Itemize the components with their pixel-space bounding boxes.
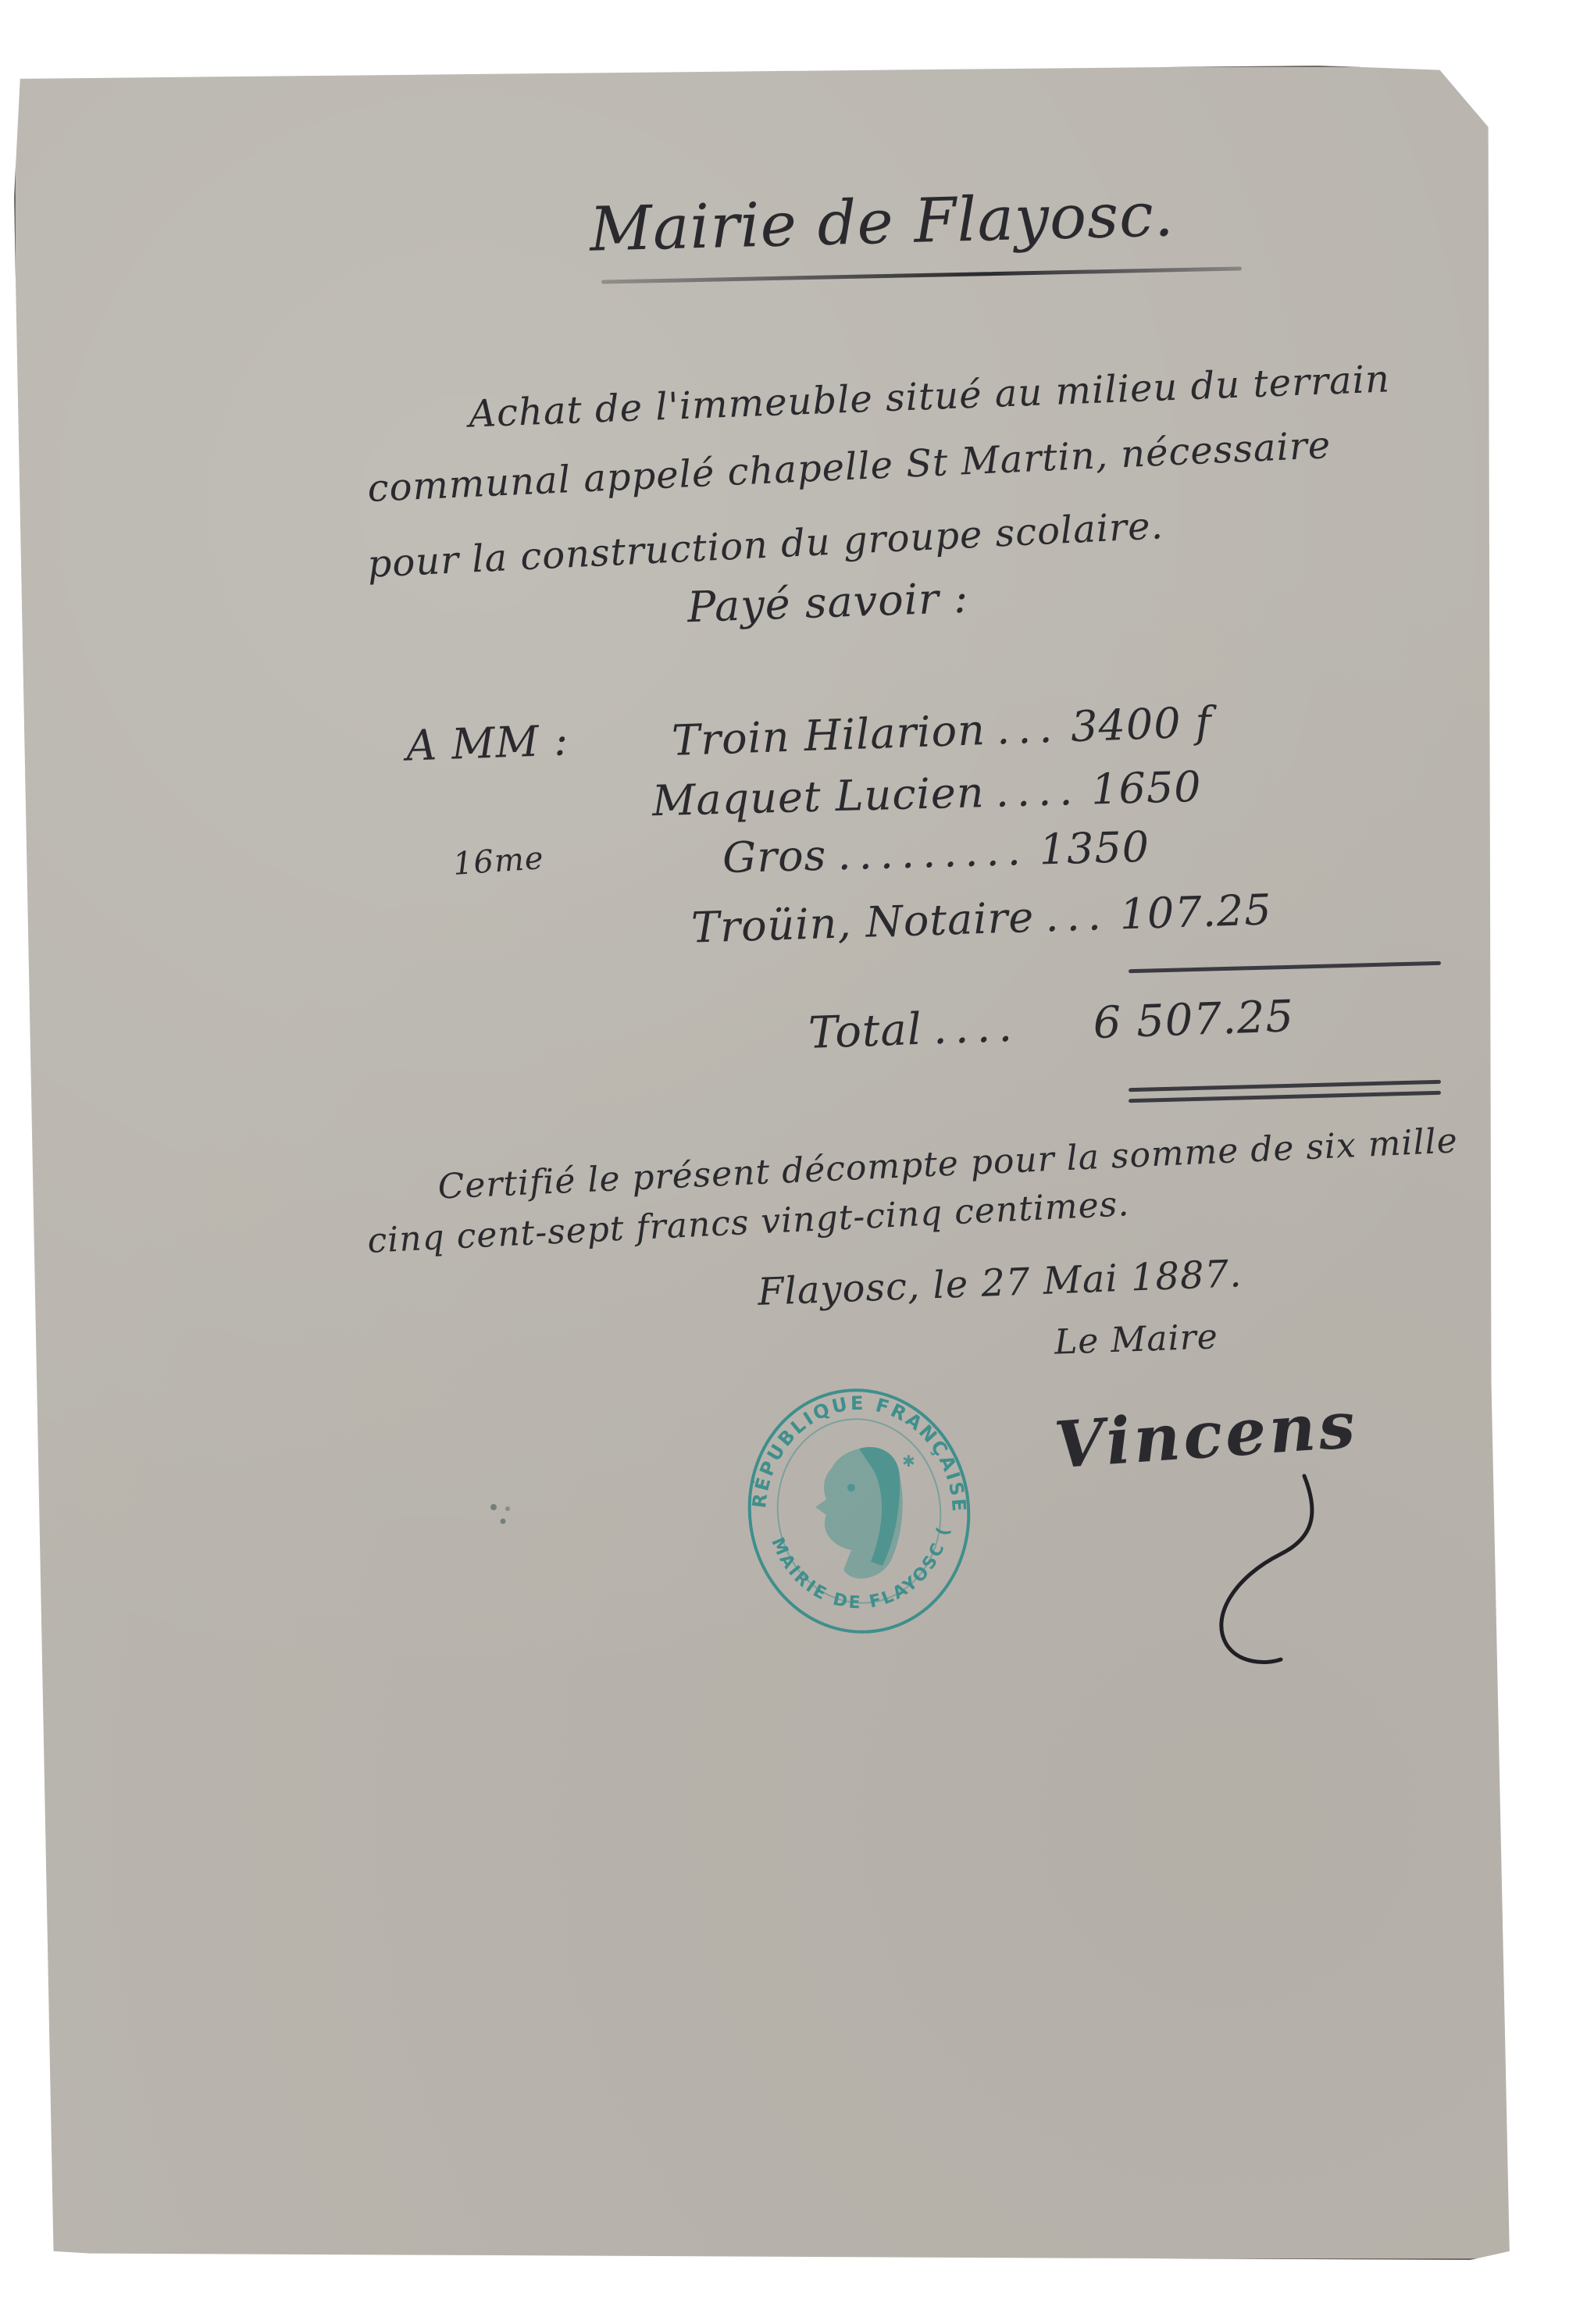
payee-amount: 1350 [1039, 822, 1150, 875]
dot-leader: .... [932, 1000, 1020, 1054]
ink-specks-icon [476, 1492, 523, 1538]
dot-leader: ......... [836, 825, 1029, 879]
payee-amount: 107.25 [1119, 885, 1273, 939]
ledger-prefix: A MM : [405, 715, 569, 770]
dot-leader: .... [995, 765, 1081, 817]
dot-leader: ... [1044, 890, 1109, 942]
signatory-title: Le Maire [1054, 1317, 1218, 1362]
payee-amount: 1650 [1090, 762, 1202, 814]
paid-heading: Payé savoir : [686, 573, 969, 633]
payee-name: Gros [722, 831, 827, 882]
total-label: Total [808, 1004, 923, 1059]
payee-name: Maquet Lucien [651, 768, 985, 825]
signature-flourish-icon [1187, 1468, 1328, 1671]
margin-note: 16me [452, 840, 545, 882]
municipal-seal-icon: RÉPUBLIQUE FRANÇAISE MAIRIE DE FLAYOSC (… [734, 1374, 984, 1640]
total-amount: 6 507.25 [1093, 991, 1295, 1049]
svg-text:✱: ✱ [902, 1452, 915, 1470]
payee-amount: 3400 f [1070, 697, 1213, 751]
dot-leader: ... [996, 703, 1061, 754]
